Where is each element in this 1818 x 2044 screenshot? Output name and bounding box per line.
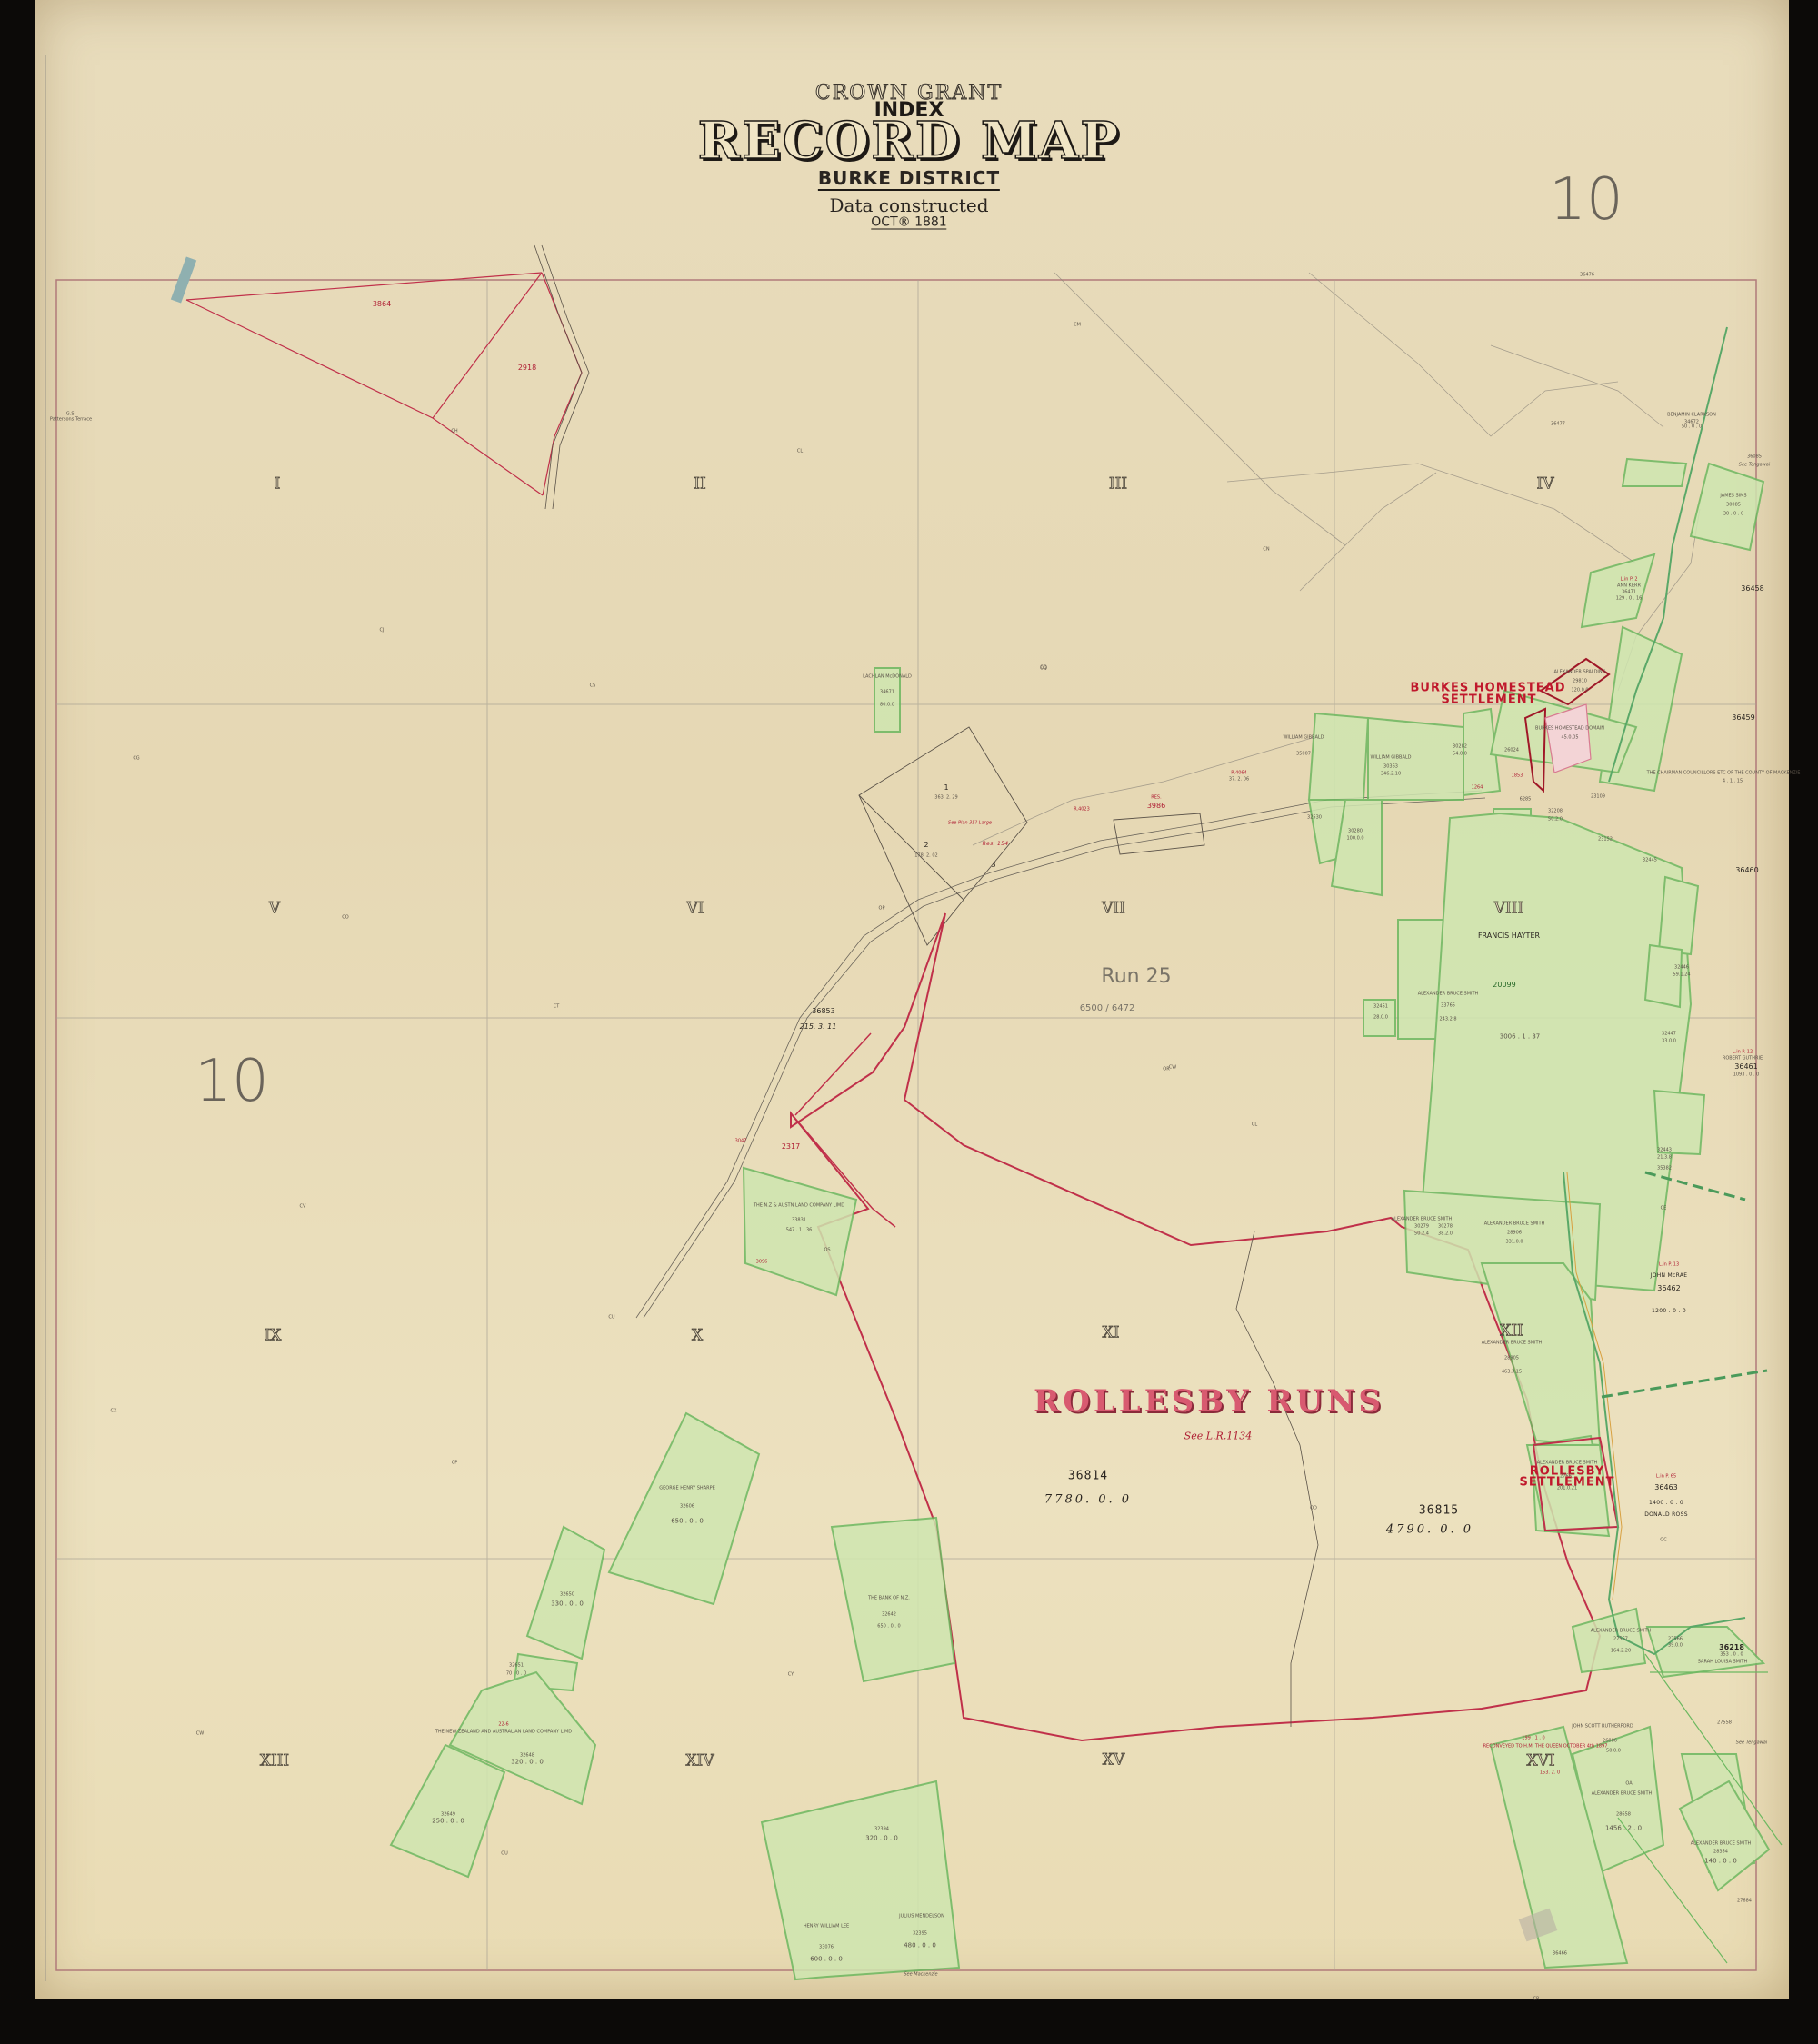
see-plan-note: See Plan 35? Large: [948, 822, 992, 826]
station-OF: CE: [1661, 1207, 1667, 1211]
parcel-owner: ALEXANDER BRUCE SMITH: [1591, 1630, 1652, 1634]
parcel-number[interactable]: 30280: [1348, 830, 1363, 834]
parcel-area: 600 . 0 . 0: [810, 1957, 843, 1963]
station-CH: CH: [451, 430, 457, 434]
parcel-number[interactable]: 32651: [509, 1664, 524, 1669]
margin-note-right-top: See Tengawai: [1739, 464, 1770, 468]
parcel-number[interactable]: 34671: [880, 691, 894, 695]
pencil-run-note: Run 25: [1101, 967, 1171, 987]
res-3986[interactable]: 3986: [1147, 803, 1165, 810]
xvi-reconveyed-note: RECONVEYED TO H.M. THE QUEEN OCTOBER 4th…: [1483, 1745, 1608, 1750]
parcel-2918[interactable]: 2918: [518, 364, 536, 372]
parcel-owner: ALEXANDER BRUCE SMITH: [1484, 1222, 1545, 1227]
parcel-area: 1200 . 0 . 0: [1652, 1309, 1686, 1314]
run-36815-number[interactable]: 36815: [1419, 1505, 1459, 1517]
xvi-sub-area: 153. 2. 0: [1540, 1771, 1560, 1776]
parcel-area: 346.2.10: [1381, 773, 1401, 777]
parcel-3096[interactable]: 3096: [756, 1261, 768, 1265]
parcel-owner: JULIUS MENDELSON: [899, 1915, 944, 1919]
station-OQ: OQ: [1040, 667, 1047, 672]
parcel-area: 547 . 1 . 36: [786, 1229, 813, 1233]
parcel-owner: DONALD ROSS: [1644, 1512, 1688, 1518]
parcel-number[interactable]: 20099: [1493, 982, 1515, 989]
parcel-area: 30 . 0 . 0: [1723, 513, 1743, 517]
parcel-number[interactable]: 29810: [1573, 680, 1587, 684]
parcel-owner: ALEXANDER BRUCE SMITH: [1592, 1792, 1653, 1797]
district-IV: IV: [1537, 477, 1554, 493]
parcel-owner: ANN KERR: [1617, 584, 1641, 589]
parcel-number[interactable]: 32443: [1657, 1149, 1672, 1153]
parcel-area: 353 . 0 . 0: [1720, 1653, 1743, 1658]
parcel-owner: JAMES SIMS: [1720, 494, 1746, 499]
parcel-area: 50.2.4: [1414, 1232, 1429, 1237]
station-CW2: CW: [1169, 1066, 1176, 1071]
parcel-number[interactable]: 35382: [1657, 1167, 1672, 1172]
parcel-number[interactable]: 32446: [1674, 966, 1689, 971]
station-CR: CR: [1533, 1998, 1540, 2002]
parcel-number[interactable]: 33831: [792, 1219, 806, 1223]
parcel-1-label[interactable]: 1: [944, 784, 948, 792]
parcel-number[interactable]: 30282: [1453, 745, 1467, 750]
parcel-number[interactable]: 30278: [1438, 1225, 1453, 1230]
parcel-area: 330 . 0 . 0: [551, 1601, 584, 1608]
parcel-owner: BURKES HOMESTEAD DOMAIN: [1535, 727, 1604, 732]
rollesby-reference: See L.R.1134: [1184, 1431, 1253, 1441]
parcel-area: 480 . 0 . 0: [904, 1943, 936, 1949]
station-CL: CL: [797, 450, 803, 454]
parcel-ref: L.in P. 12: [1733, 1051, 1753, 1055]
road-r4064: R.4064: [1231, 772, 1247, 776]
parcel-number[interactable]: 32451: [1373, 1005, 1388, 1010]
parcel-owner: THE N.Z & AUSTN LAND COMPANY LIMD: [754, 1204, 844, 1209]
parcel-area: 650 . 0 . 0: [877, 1625, 900, 1630]
station-OD: OD: [1310, 1507, 1317, 1511]
parcel-number[interactable]: 32394: [874, 1828, 889, 1832]
parcel-2317[interactable]: 2317: [782, 1143, 800, 1151]
parcel-area: 50.2.0: [1548, 818, 1563, 823]
parcel-area: 21.3.8: [1657, 1156, 1672, 1161]
station-OP: OP: [879, 907, 885, 912]
run-36814-number[interactable]: 36814: [1068, 1471, 1108, 1482]
parcel-1-area: 363. 2. 29: [934, 796, 957, 801]
station-CW: CW: [196, 1732, 204, 1737]
parcel-owner: ALEXANDER BRUCE SMITH: [1392, 1218, 1453, 1222]
parcel-area: 140 . 0 . 0: [1704, 1859, 1737, 1865]
run-36815-area: 4790. 0. 0: [1386, 1524, 1473, 1536]
parcel-area: 243.2.8: [1439, 1018, 1456, 1022]
parcel-owner: ROBERT GUTHRIE: [1723, 1057, 1763, 1062]
parcel-area: 28.0.0: [1373, 1016, 1388, 1021]
parcel-number[interactable]: 28906: [1507, 1231, 1522, 1236]
parcel-number[interactable]: 28658: [1616, 1813, 1631, 1818]
district-III: III: [1109, 477, 1127, 493]
district-XI: XI: [1103, 1326, 1120, 1341]
district-XV: XV: [1103, 1753, 1124, 1769]
parcel-area: 320 . 0 . 0: [865, 1836, 898, 1842]
map-title: RECORD MAP: [698, 115, 1121, 166]
district-X: X: [692, 1329, 703, 1344]
map-linework: [0, 0, 1818, 2044]
parcel-number[interactable]: 1853: [1512, 774, 1523, 779]
parcel-area: 129 . 0 . 16: [1616, 597, 1643, 602]
parcel-owner: ALEXANDER BRUCE SMITH: [1418, 992, 1479, 997]
rollesby-runs-label: ROLLESBY RUNS: [1034, 1386, 1384, 1417]
parcel-area: 1400 . 0 . 0: [1649, 1501, 1683, 1506]
parcel-number[interactable]: 30085: [1726, 504, 1741, 508]
station-CJ: CJ: [380, 629, 385, 633]
parcel-area: 54.0.0: [1453, 753, 1467, 757]
parcel-number[interactable]: 36461: [1734, 1063, 1757, 1071]
parcel-area: 59.1.24: [1673, 973, 1690, 978]
parcel-owner: GEORGE HENRY SHARPE: [659, 1487, 715, 1491]
parcel-3047[interactable]: 3047: [735, 1140, 747, 1144]
station-OS: OS: [824, 1249, 830, 1253]
parcel-3-label[interactable]: 3: [991, 862, 995, 869]
station-OC: OC: [1660, 1539, 1666, 1543]
parcel-owner: JOHN SCOTT RUTHERFORD: [1572, 1725, 1633, 1730]
data-note: Data constructed: [829, 196, 988, 214]
parcel-area: 70 . 0 . 0: [506, 1672, 526, 1677]
district-VIII: VIII: [1494, 902, 1523, 917]
parcel-number[interactable]: 36471: [1622, 591, 1636, 595]
station-CI: CG: [133, 757, 139, 762]
parcel-number[interactable]: 36458: [1741, 585, 1763, 593]
parcel-number[interactable]: 32208: [1548, 810, 1563, 814]
parcel-number[interactable]: 32642: [882, 1613, 896, 1618]
map-date: OCT® 1881: [871, 216, 946, 230]
station-CM: CM: [1074, 324, 1081, 328]
station-CX: CX: [111, 1410, 117, 1414]
parcel-owner: HENRY WILLIAM LEE: [804, 1925, 849, 1929]
xvi-area: 199 . 1 . 0: [1522, 1737, 1544, 1741]
parcel-2-label[interactable]: 2: [924, 842, 928, 849]
parcel-number[interactable]: 27558: [1717, 1721, 1732, 1726]
trig-name: Pattersons Terrace: [50, 418, 92, 423]
district-I: I: [275, 477, 281, 493]
parcel-number[interactable]: 23152: [1598, 838, 1613, 843]
station-CS: CS: [590, 684, 596, 689]
parcel-number[interactable]: 32447: [1662, 1032, 1676, 1037]
station-CT: CT: [554, 1005, 560, 1010]
parcel-owner: THE NEW ZEALAND AND AUSTRALIAN LAND COMP…: [435, 1730, 572, 1735]
district-VII: VII: [1102, 902, 1125, 917]
parcel-area: 50.0.0: [1606, 1750, 1621, 1754]
parcel-area: 45.0.05: [1561, 736, 1578, 741]
parcel-36853-number[interactable]: 36853: [812, 1008, 834, 1015]
station-CL2: CL: [1252, 1123, 1257, 1128]
district-XIV: XIV: [685, 1754, 714, 1770]
parcel-owner: ALEXANDER SPALDING: [1553, 671, 1605, 675]
parcel-area: 39.0.0: [1668, 1644, 1683, 1649]
road-r4064-area: 37. 2. 06: [1229, 778, 1249, 783]
parcel-number[interactable]: 36218: [1719, 1644, 1744, 1651]
parcel-number[interactable]: 28905: [1504, 1357, 1519, 1361]
sheet-number-top: 10: [1549, 171, 1623, 229]
district-VI: VI: [687, 902, 704, 917]
parcel-owner: SARAH LOUISA SMITH: [1698, 1660, 1747, 1665]
station-CY: CY: [788, 1673, 794, 1678]
parcel-ref: L.in P. 2: [1620, 578, 1637, 583]
road-r4023: R.4023: [1074, 808, 1090, 813]
res-154[interactable]: Res. 154: [983, 842, 1009, 847]
sheet-number-left: 10: [195, 1052, 268, 1111]
parcel-owner: FRANCIS HAYTER: [1478, 932, 1540, 940]
parcel-number[interactable]: 6285: [1520, 798, 1532, 803]
parcel-number[interactable]: 23109: [1591, 795, 1605, 800]
rollesby-settlement-area: 201.0.21: [1557, 1487, 1577, 1491]
district-XIII: XIII: [260, 1754, 289, 1770]
parcel-owner: ALEXANDER BRUCE SMITH: [1691, 1842, 1752, 1847]
station-CP: CP: [452, 1461, 458, 1466]
parcel-owner: WILLIAM GIBBALD: [1283, 736, 1324, 741]
parcel-number[interactable]: 36476: [1580, 274, 1594, 278]
parcel-number[interactable]: 36459: [1732, 714, 1754, 722]
parcel-owner: BENJAMIN CLARKSON: [1667, 414, 1716, 418]
district-V: V: [269, 902, 280, 917]
parcel-owner: JOHN McRAE: [1651, 1273, 1688, 1279]
parcel-area: 80.0.0: [880, 703, 894, 708]
parcel-area: 164.2.20: [1611, 1650, 1631, 1654]
district-II: II: [694, 477, 705, 493]
parcel-area: 4 . 1 . 15: [1723, 780, 1743, 784]
parcel-area: 120.0.0: [1571, 689, 1588, 693]
district-XVI: XVI: [1526, 1754, 1554, 1770]
parcel-area: 331.0.0: [1505, 1241, 1523, 1245]
parcel-number[interactable]: 33765: [1441, 1004, 1455, 1009]
parcel-ref: L.in P. 13: [1659, 1263, 1679, 1268]
station-CV: CV: [300, 1205, 306, 1210]
parcel-3864[interactable]: 3864: [373, 301, 391, 308]
parcel-number[interactable]: 27566: [1668, 1638, 1683, 1642]
parcel-number[interactable]: 36466: [1553, 1952, 1567, 1957]
station-CU: CU: [608, 1316, 614, 1321]
parcel-ref: L.in P. 65: [1656, 1475, 1676, 1480]
station-OR: OR: [1163, 1068, 1169, 1072]
run-36814-area: 7780. 0. 0: [1044, 1494, 1132, 1506]
parcel-number[interactable]: 27684: [1737, 1899, 1752, 1904]
parcel-owner: THE BANK OF N.Z.: [868, 1597, 910, 1601]
parcel-owner: ALEXANDER BRUCE SMITH: [1482, 1341, 1543, 1346]
parcel-owner: LACHLAN McDONALD: [863, 675, 912, 680]
burkes-settlement-label: SETTLEMENT: [1441, 694, 1536, 706]
parcel-area: 38.2.0: [1438, 1232, 1453, 1237]
parcel-number[interactable]: 36085: [1747, 455, 1762, 460]
parcel-number[interactable]: 32530: [1307, 816, 1322, 821]
district-IX: IX: [265, 1329, 282, 1344]
parcel-area: 1456 . 2 . 0: [1605, 1826, 1642, 1832]
parcel-area: 320 . 0 . 0: [511, 1760, 544, 1766]
parcel-number[interactable]: 36460: [1735, 867, 1758, 874]
margin-note-right: See Tengawai: [1736, 1741, 1767, 1746]
parcel-owner: THE CHAIRMAN COUNCILLORS ETC OF THE COUN…: [1647, 772, 1801, 776]
parcel-area: 50 . 0 . 0: [1682, 425, 1702, 430]
parcel-number[interactable]: 32445: [1643, 859, 1657, 863]
parcel-area: 1093 . 0 . 0: [1733, 1073, 1760, 1078]
parcel-area: 250 . 0 . 0: [432, 1819, 464, 1825]
parcel-number[interactable]: 33076: [819, 1946, 834, 1950]
parcel-36853-area: 215. 3. 11: [800, 1023, 837, 1031]
parcel-area: 3006 . 1 . 37: [1500, 1034, 1541, 1041]
station-CO: CO: [342, 916, 348, 921]
parcel-number[interactable]: 30363: [1383, 765, 1398, 770]
parcel-number[interactable]: 35007: [1296, 753, 1311, 757]
station-CN: CN: [1263, 548, 1269, 553]
parcel-number[interactable]: 36463: [1654, 1484, 1677, 1491]
parcel-number[interactable]: 30279: [1414, 1225, 1429, 1230]
parcel-area: 463.3.15: [1502, 1371, 1522, 1375]
parcel-number[interactable]: 32395: [913, 1932, 927, 1937]
station-OU: OU: [501, 1852, 508, 1857]
parcel-number[interactable]: 32650: [560, 1593, 574, 1598]
margin-note-bottom: See Mackenzie: [904, 1973, 937, 1978]
res-3986-prefix: RES.: [1151, 796, 1161, 801]
parcel-owner: WILLIAM GIBBALD: [1370, 756, 1411, 761]
parcel-number[interactable]: 32606: [680, 1505, 694, 1510]
parcel-area: 650 . 0 . 0: [671, 1519, 704, 1525]
parcel-number[interactable]: 1264: [1472, 786, 1483, 791]
district-XII: XII: [1500, 1324, 1523, 1340]
parcel-number[interactable]: 26024: [1504, 749, 1519, 753]
parcel-number[interactable]: 28354: [1713, 1850, 1728, 1855]
pencil-codes: 6500 / 6472: [1080, 1004, 1135, 1013]
parcel-ref: 22-6: [498, 1723, 508, 1728]
parcel-number[interactable]: 36462: [1657, 1285, 1680, 1292]
parcel-number[interactable]: 27567: [1613, 1638, 1628, 1642]
parcel-2-area: 178. 2. 02: [914, 854, 937, 859]
parcel-number[interactable]: 36477: [1551, 423, 1565, 427]
parcel-area: 33.0.0: [1662, 1040, 1676, 1044]
station-OA: OA: [1625, 1782, 1632, 1787]
district-name: BURKE DISTRICT: [818, 169, 1000, 191]
parcel-area: 100.0.0: [1346, 837, 1363, 842]
